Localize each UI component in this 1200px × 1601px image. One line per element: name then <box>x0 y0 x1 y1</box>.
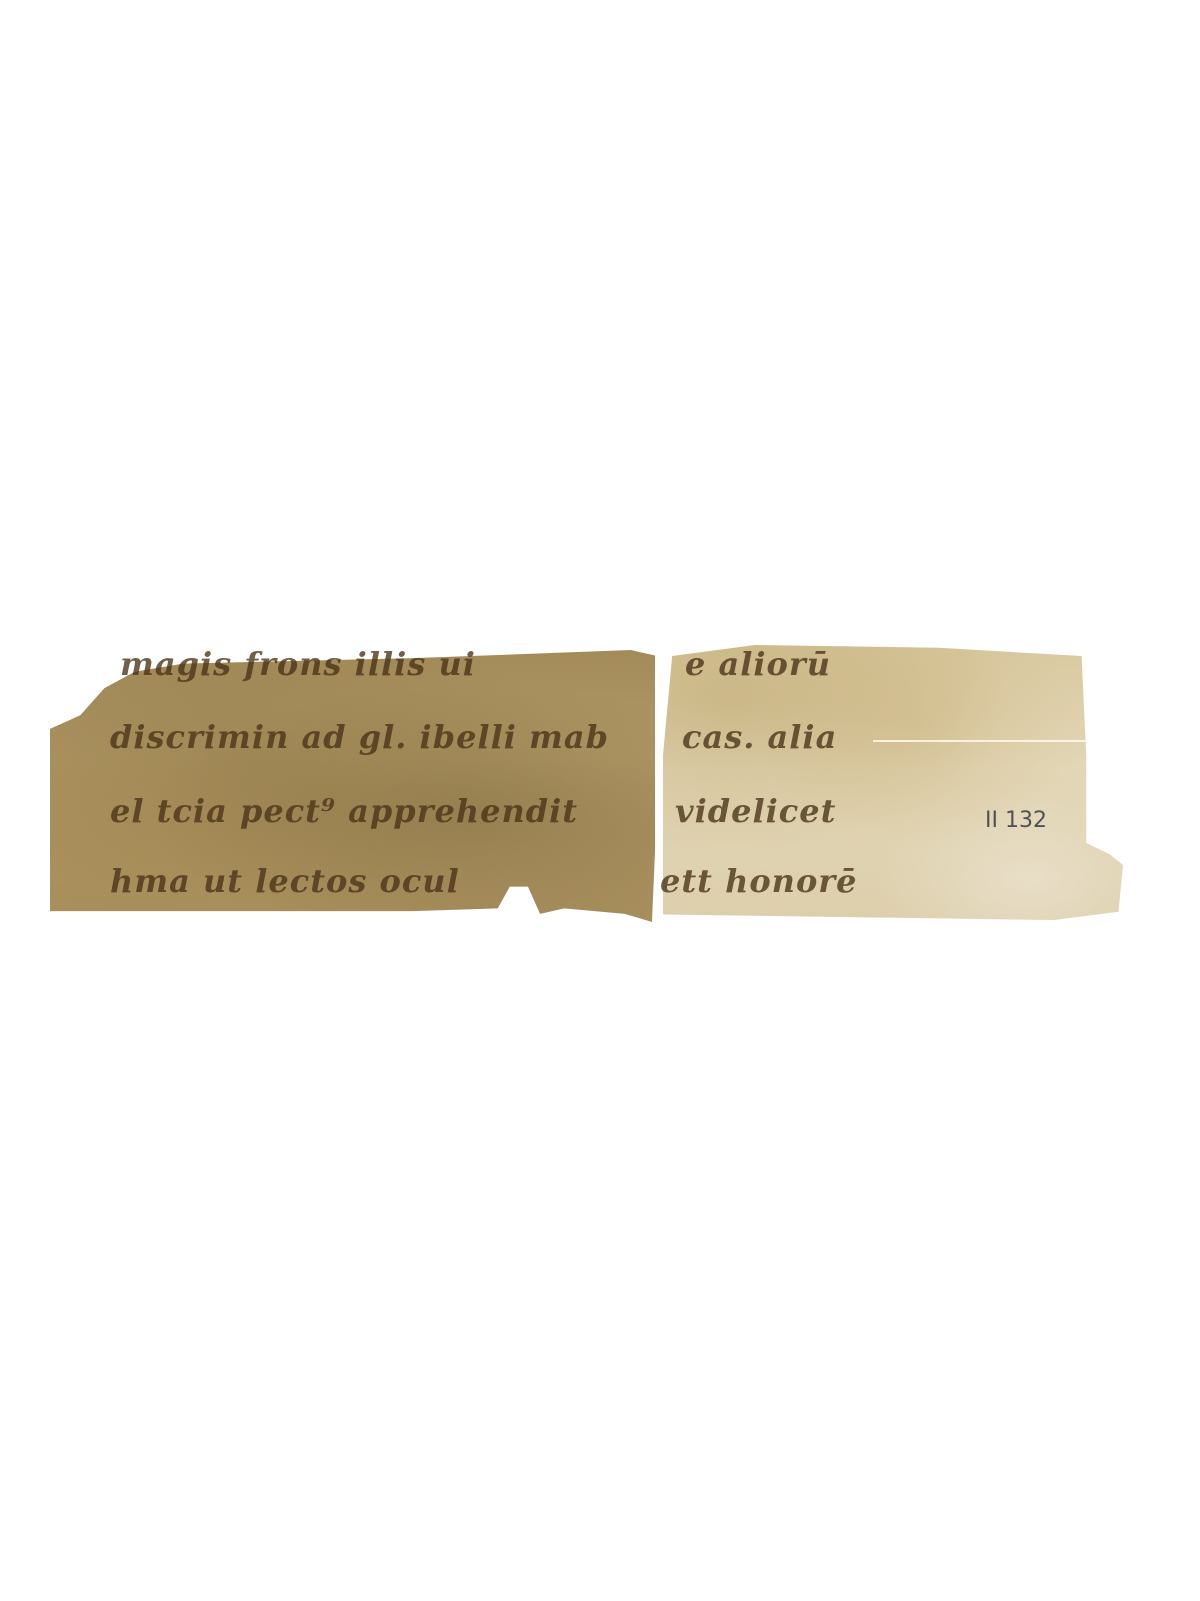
text-line-1-right: e aliorū <box>685 645 831 683</box>
text-line-4-left: hma ut lectos ocul <box>110 862 460 900</box>
text-line-1-left: magis frons illis ui <box>120 645 476 683</box>
text-line-2-right: cas. alia <box>682 718 837 756</box>
text-line-3-right: videlicet <box>675 792 836 830</box>
fold-crease <box>873 740 1088 742</box>
shelfmark-label: II 132 <box>985 808 1047 833</box>
text-line-3-left: el tcia pect⁹ apprehendit <box>110 792 578 830</box>
text-line-2-left: discrimin ad gl. ibelli mab <box>110 718 609 756</box>
text-line-4-right: ett honorē <box>660 862 858 900</box>
